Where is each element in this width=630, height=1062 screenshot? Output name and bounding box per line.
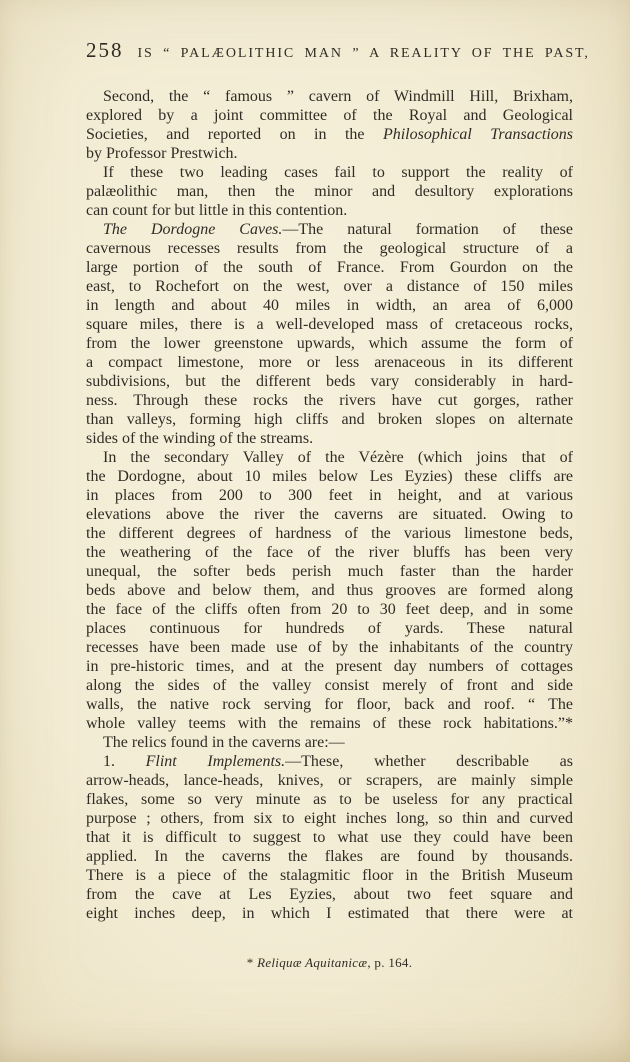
text-line: Second, the “ famous ” cavern of Windmil… bbox=[86, 87, 573, 106]
text-line: along the sides of the valley consist me… bbox=[86, 676, 573, 695]
text-line: ness. Through these rocks the rivers hav… bbox=[86, 391, 573, 410]
text-run: sides of the winding of the streams. bbox=[86, 430, 313, 447]
text-run: subdivisions, but the different beds var… bbox=[86, 373, 573, 390]
italic-text-run: Flint Implements. bbox=[146, 753, 286, 770]
text-line: whole valley teems with the remains of t… bbox=[86, 714, 573, 733]
text-run: flakes, some so very minute as to be use… bbox=[86, 791, 573, 808]
text-line: If these two leading cases fail to suppo… bbox=[86, 163, 573, 182]
text-line: the Dordogne, about 10 miles below Les E… bbox=[86, 467, 573, 486]
text-run: that it is difficult to suggest to what … bbox=[86, 829, 573, 846]
text-line: the different degrees of hardness of the… bbox=[86, 524, 573, 543]
paragraph: If these two leading cases fail to suppo… bbox=[86, 163, 573, 220]
running-title: IS “ PALÆOLITHIC MAN ” A REALITY OF THE … bbox=[138, 46, 590, 62]
text-line: than valleys, forming high cliffs and br… bbox=[86, 410, 573, 429]
page-body: Second, the “ famous ” cavern of Windmil… bbox=[86, 87, 573, 923]
text-run: places continuous for hundreds of yards.… bbox=[86, 620, 573, 637]
text-line: in pre-historic times, and at the presen… bbox=[86, 657, 573, 676]
text-line: by Professor Prestwich. bbox=[86, 144, 573, 163]
text-run: east, to Rochefort on the west, over a d… bbox=[86, 278, 573, 295]
text-run: the weathering of the face of the river … bbox=[86, 544, 573, 561]
text-run: walls, the native rock serving for floor… bbox=[86, 696, 573, 713]
text-line: in places from 200 to 300 feet in height… bbox=[86, 486, 573, 505]
text-line: places continuous for hundreds of yards.… bbox=[86, 619, 573, 638]
text-run: * bbox=[247, 955, 257, 970]
text-line: elevations above the river the caverns a… bbox=[86, 505, 573, 524]
italic-text-run: Philosophical Transactions bbox=[383, 126, 573, 143]
text-run: unequal, the softer beds perish much fas… bbox=[86, 563, 573, 580]
text-run: the different degrees of hardness of the… bbox=[86, 525, 573, 542]
text-run: If these two leading cases fail to suppo… bbox=[103, 164, 573, 181]
text-run: There is a piece of the stalagmitic floo… bbox=[86, 867, 573, 884]
page-number: 258 bbox=[86, 38, 124, 63]
text-run: than valleys, forming high cliffs and br… bbox=[86, 411, 573, 428]
text-line: recesses have been made use of by the in… bbox=[86, 638, 573, 657]
page-content: 258 IS “ PALÆOLITHIC MAN ” A REALITY OF … bbox=[0, 0, 630, 971]
text-line: The Dordogne Caves.—The natural formatio… bbox=[86, 220, 573, 239]
text-line: arrow-heads, lance-heads, knives, or scr… bbox=[86, 771, 573, 790]
text-line: east, to Rochefort on the west, over a d… bbox=[86, 277, 573, 296]
text-run: in pre-historic times, and at the presen… bbox=[86, 658, 573, 675]
text-line: that it is difficult to suggest to what … bbox=[86, 828, 573, 847]
paragraph: The Dordogne Caves.—The natural formatio… bbox=[86, 220, 573, 448]
text-run: by Professor Prestwich. bbox=[86, 145, 238, 162]
paragraph: In the secondary Valley of the Vézère (w… bbox=[86, 448, 573, 733]
text-run: eight inches deep, in which I estimated … bbox=[86, 905, 573, 922]
text-line: In the secondary Valley of the Vézère (w… bbox=[86, 448, 573, 467]
text-run: whole valley teems with the remains of t… bbox=[86, 715, 573, 732]
text-line: palæolithic man, then the minor and desu… bbox=[86, 182, 573, 201]
paragraph: 1. Flint Implements.—These, whether desc… bbox=[86, 752, 573, 923]
text-line: Societies, and reported on in the Philos… bbox=[86, 125, 573, 144]
text-run: a compact limestone, more or less arenac… bbox=[86, 354, 573, 371]
text-line: the weathering of the face of the river … bbox=[86, 543, 573, 562]
text-line: from the lower greenstone upwards, which… bbox=[86, 334, 573, 353]
text-run: purpose ; others, from six to eight inch… bbox=[86, 810, 573, 827]
text-run: , p. 164. bbox=[367, 955, 412, 970]
page-header: 258 IS “ PALÆOLITHIC MAN ” A REALITY OF … bbox=[86, 38, 573, 60]
text-run: ness. Through these rocks the rivers hav… bbox=[86, 392, 573, 409]
text-line: sides of the winding of the streams. bbox=[86, 429, 573, 448]
text-line: large portion of the south of France. Fr… bbox=[86, 258, 573, 277]
text-line: from the cave at Les Eyzies, about two f… bbox=[86, 885, 573, 904]
text-run: The relics found in the caverns are:— bbox=[103, 734, 345, 751]
text-run: Second, the “ famous ” cavern of Windmil… bbox=[103, 88, 573, 105]
text-line: beds above and below them, and thus groo… bbox=[86, 581, 573, 600]
text-run: —These, whether describable as bbox=[285, 753, 573, 770]
text-run: explored by a joint committee of the Roy… bbox=[86, 107, 573, 124]
text-run: recesses have been made use of by the in… bbox=[86, 639, 573, 656]
book-page: 258 IS “ PALÆOLITHIC MAN ” A REALITY OF … bbox=[0, 0, 630, 1062]
text-run: Societies, and reported on in the bbox=[86, 126, 383, 143]
text-run: the Dordogne, about 10 miles below Les E… bbox=[86, 468, 573, 485]
text-line: purpose ; others, from six to eight inch… bbox=[86, 809, 573, 828]
text-line: applied. In the caverns the flakes are f… bbox=[86, 847, 573, 866]
text-run: the face of the cliffs often from 20 to … bbox=[86, 601, 573, 618]
text-run: elevations above the river the caverns a… bbox=[86, 506, 573, 523]
text-line: square miles, there is a well-developed … bbox=[86, 315, 573, 334]
italic-text-run: Reliquæ Aquitanicæ bbox=[257, 955, 367, 970]
text-line: The relics found in the caverns are:— bbox=[86, 733, 573, 752]
footnote: * Reliquæ Aquitanicæ, p. 164. bbox=[86, 955, 573, 971]
text-run: from the lower greenstone upwards, which… bbox=[86, 335, 573, 352]
text-run: large portion of the south of France. Fr… bbox=[86, 259, 573, 276]
text-run: in length and about 40 miles in width, a… bbox=[86, 297, 573, 314]
text-run: In the secondary Valley of the Vézère (w… bbox=[103, 449, 573, 466]
italic-text-run: The Dordogne Caves. bbox=[103, 221, 282, 238]
text-run: 1. bbox=[103, 753, 146, 770]
text-line: 1. Flint Implements.—These, whether desc… bbox=[86, 752, 573, 771]
paragraph: The relics found in the caverns are:— bbox=[86, 733, 573, 752]
text-run: can count for but little in this content… bbox=[86, 202, 347, 219]
text-line: the face of the cliffs often from 20 to … bbox=[86, 600, 573, 619]
text-line: eight inches deep, in which I estimated … bbox=[86, 904, 573, 923]
text-run: cavernous recesses results from the geol… bbox=[86, 240, 573, 257]
text-run: from the cave at Les Eyzies, about two f… bbox=[86, 886, 573, 903]
paragraph: Second, the “ famous ” cavern of Windmil… bbox=[86, 87, 573, 163]
text-run: beds above and below them, and thus groo… bbox=[86, 582, 573, 599]
text-line: There is a piece of the stalagmitic floo… bbox=[86, 866, 573, 885]
text-run: —The natural formation of these bbox=[282, 221, 573, 238]
text-line: flakes, some so very minute as to be use… bbox=[86, 790, 573, 809]
text-line: in length and about 40 miles in width, a… bbox=[86, 296, 573, 315]
text-line: explored by a joint committee of the Roy… bbox=[86, 106, 573, 125]
text-run: along the sides of the valley consist me… bbox=[86, 677, 573, 694]
text-run: in places from 200 to 300 feet in height… bbox=[86, 487, 573, 504]
text-line: walls, the native rock serving for floor… bbox=[86, 695, 573, 714]
text-line: unequal, the softer beds perish much fas… bbox=[86, 562, 573, 581]
text-line: subdivisions, but the different beds var… bbox=[86, 372, 573, 391]
text-run: square miles, there is a well-developed … bbox=[86, 316, 573, 333]
text-run: applied. In the caverns the flakes are f… bbox=[86, 848, 573, 865]
text-run: palæolithic man, then the minor and desu… bbox=[86, 183, 573, 200]
text-run: arrow-heads, lance-heads, knives, or scr… bbox=[86, 772, 573, 789]
text-line: cavernous recesses results from the geol… bbox=[86, 239, 573, 258]
text-line: a compact limestone, more or less arenac… bbox=[86, 353, 573, 372]
text-line: can count for but little in this content… bbox=[86, 201, 573, 220]
